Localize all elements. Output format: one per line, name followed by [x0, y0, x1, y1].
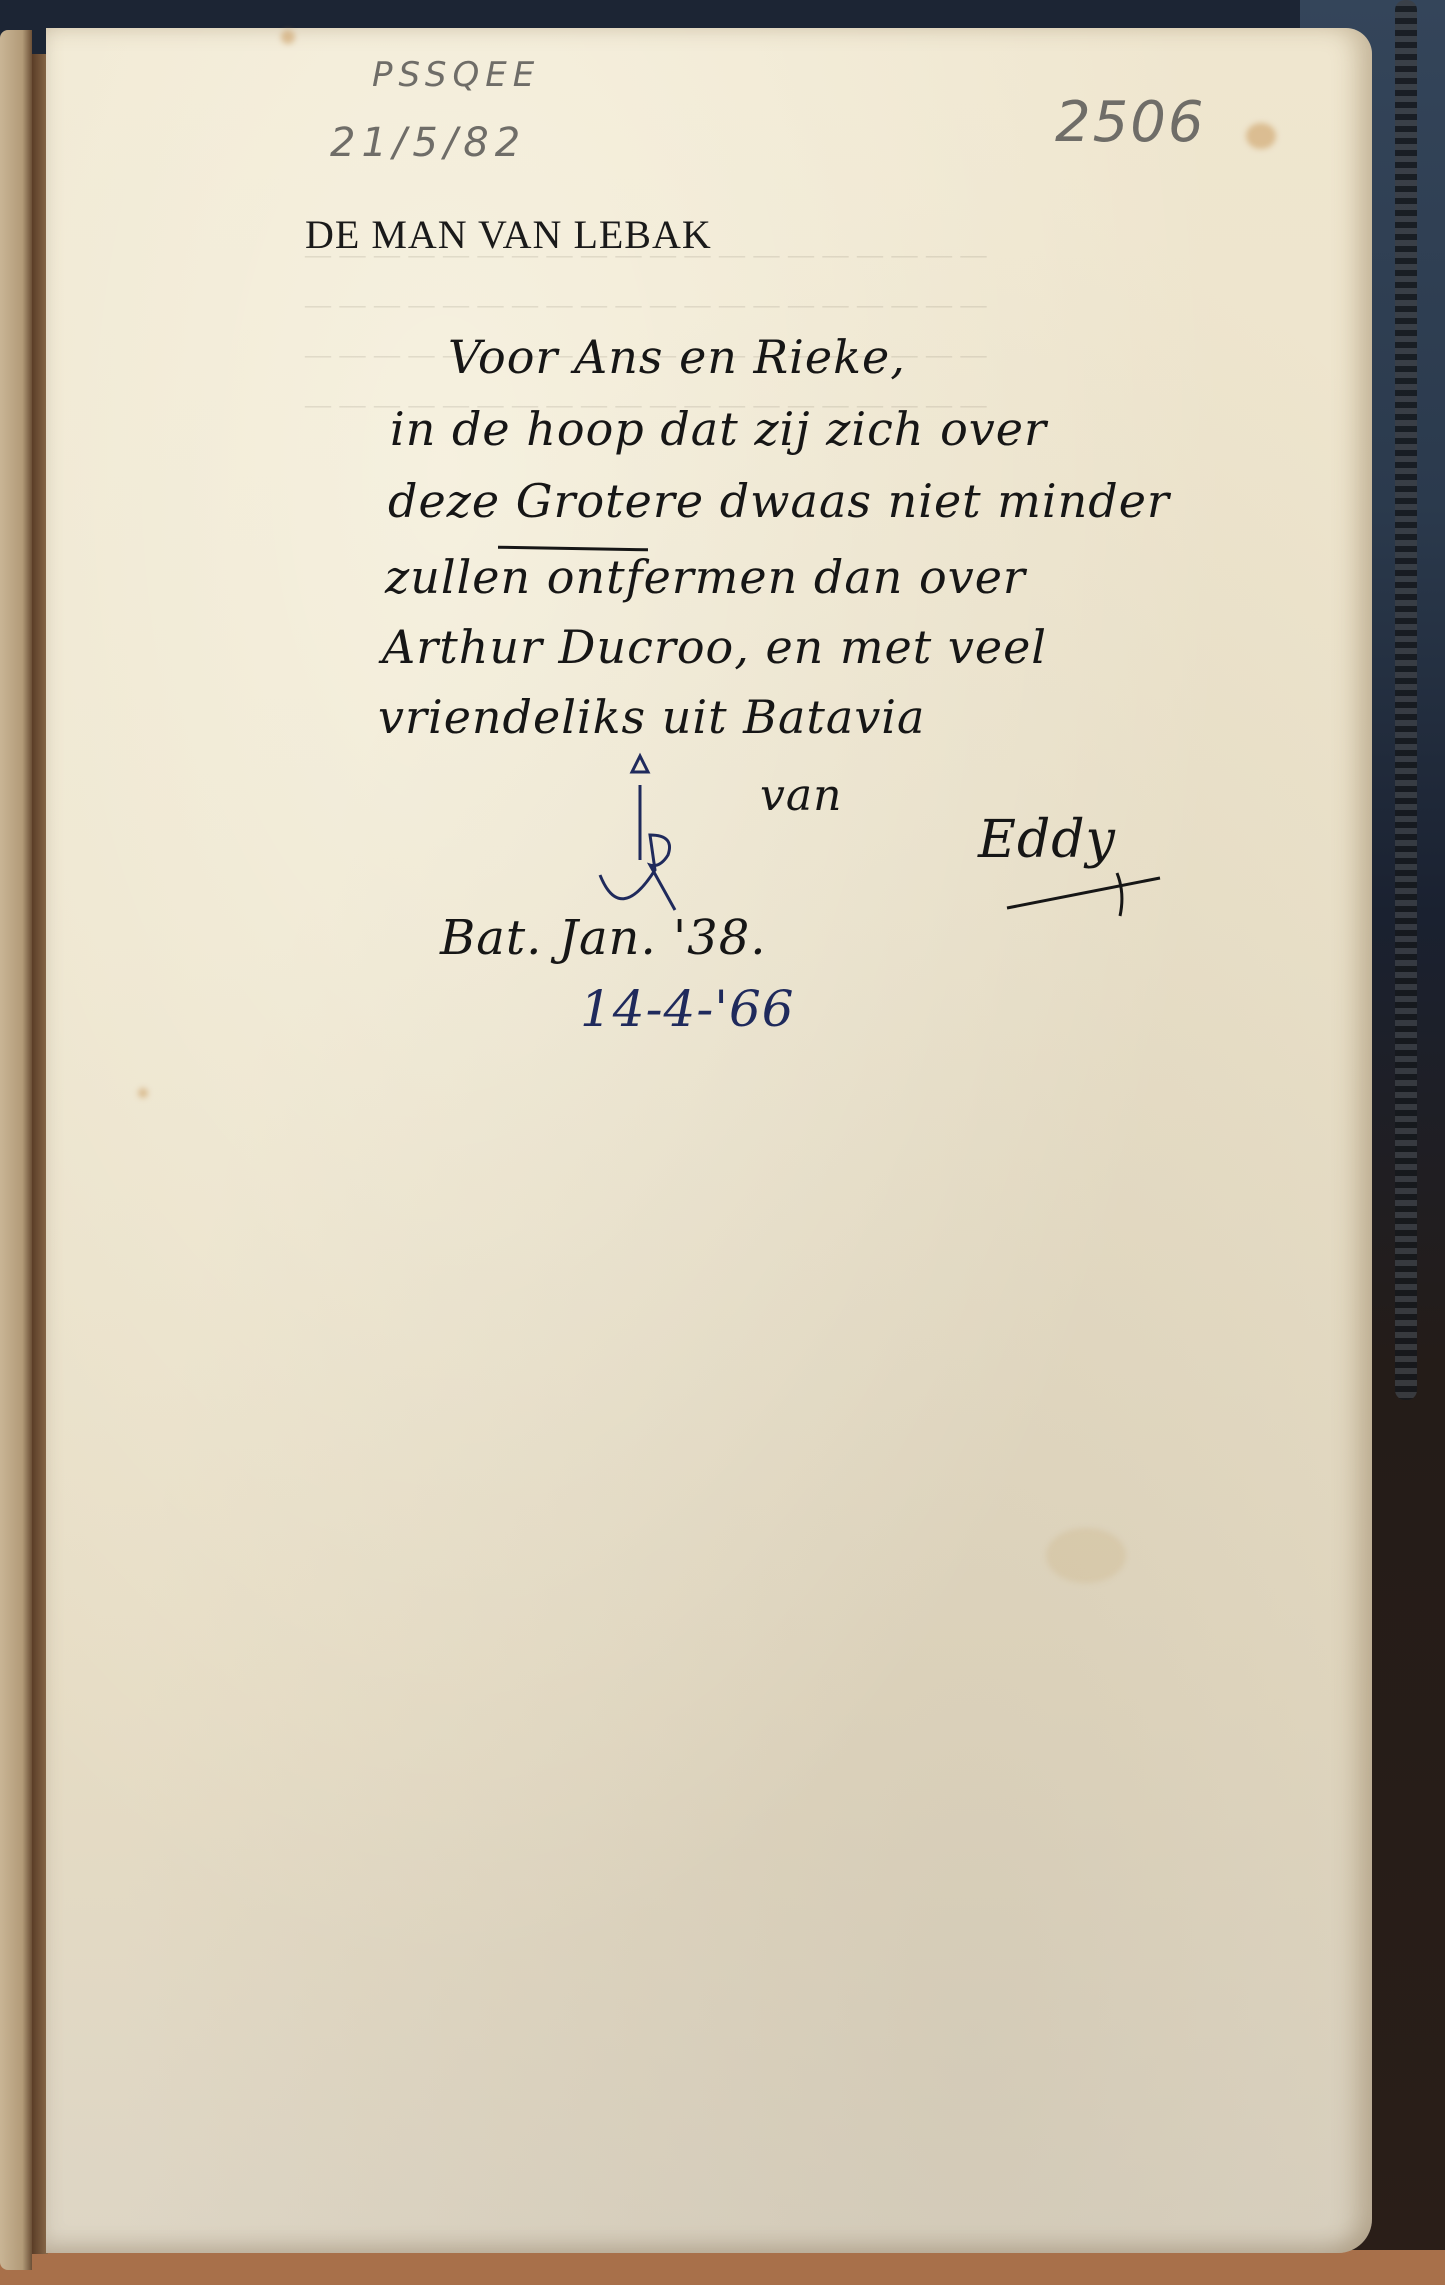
dedication-from: van	[760, 770, 842, 821]
printed-title: DE MAN VAN LEBAK	[305, 211, 712, 258]
foxing-stain	[1046, 1528, 1126, 1583]
dedication-line-1: Voor Ans en Rieke,	[448, 330, 906, 384]
foxing-stain	[1246, 123, 1276, 149]
foxing-stain	[281, 30, 295, 44]
foxing-stain	[138, 1088, 148, 1098]
pencil-date: 21/5/82	[330, 120, 526, 166]
dedication-line-6: vriendeliks uit Batavia	[378, 690, 925, 744]
signature: Eddy	[978, 810, 1116, 870]
table-surface	[0, 2250, 1445, 2285]
second-date: 14-4-'66	[580, 980, 795, 1038]
show-through-text: — — — — — — — — — — — — — — — — — — — —	[305, 290, 988, 320]
zipper	[1395, 0, 1417, 1400]
dedication-line-2: in de hoop dat zij zich over	[390, 402, 1047, 456]
place-date: Bat. Jan. '38.	[440, 910, 767, 966]
monogram-icon	[580, 750, 700, 920]
signature-flourish-icon	[1005, 868, 1165, 918]
pencil-number: 2506	[1055, 90, 1206, 155]
left-page-edge	[0, 30, 32, 2270]
dedication-line-3: deze Grotere dwaas niet minder	[388, 474, 1170, 528]
dedication-line-5: Arthur Ducroo, en met veel	[382, 620, 1047, 674]
pencil-code: PSSQEE	[372, 55, 540, 95]
dedication-line-4: zullen ontfermen dan over	[385, 550, 1026, 604]
